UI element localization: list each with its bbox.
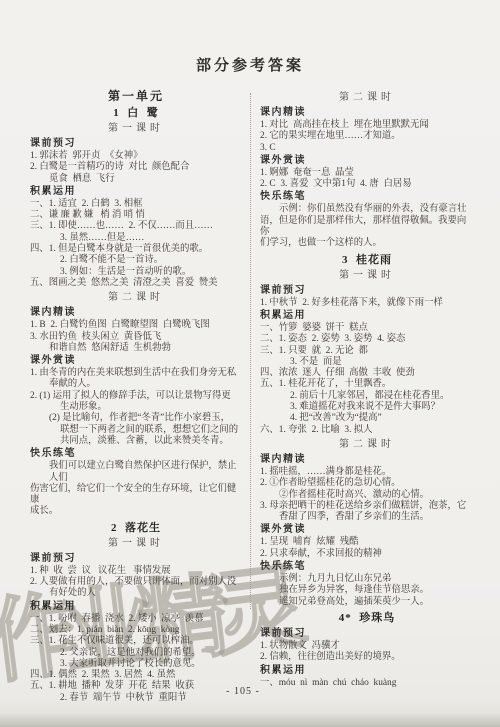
answer-line: 2. (1) 运用了拟人的修辞手法，可以让景物写得更 [30,391,242,402]
answer-line: 示例：你们虽然没有华丽的外表，没有豪言壮 [260,204,474,215]
answer-line: ②作者摇桂花时高兴、激动的心情。 [260,490,474,501]
section-header: 课外赏读 [260,524,474,536]
session-heading: 第二课时 [260,439,474,451]
answer-line: 三、1. 只要 就 2. 无论 都 [260,346,474,357]
answer-line: 3. 难道摇花对我来说不是件大事吗？ [260,402,474,413]
answer-line: 我们可以建立白鹭自然保护区进行保护，禁止人们 [30,461,242,484]
section-header: 课外赏读 [260,155,474,167]
answer-line: 二、划去：1. pián biàn 2. kōng kòng [30,625,242,636]
answer-line: 一、竹箩 婆婆 饼干 糕点 [260,323,474,334]
answer-line: 觅食 栖息 飞行 [30,174,242,185]
answer-line: 2. C 3. 喜爱 文中第1句 4. 唐 白居易 [260,179,474,190]
answer-line: 1. B 2. 白鹭钓鱼图 白鹭瞭望图 白鹭晚飞图 [30,320,242,331]
answer-line: 共同点，淡雅、含蓄，以此来赞美冬青。 [30,436,242,447]
left-column: 第一单元1 白 鹭第一课时课前预习1. 郭沫若 郭开贞 《女神》2. 白鹭是一首… [30,89,242,704]
answer-line: 1. 摇哇摇，……满身都是桂花。 [260,467,474,478]
answer-line: 3. 例如：生活是一首动听的歌。 [30,267,242,278]
right-column: 第二课时课内精读1. 对比 高高挂在枝上 埋在地里默默无闻2. 它的果实埋在地里… [260,89,474,689]
answer-line: 联想一下两者之间的联系，想想它们之间的 [30,425,242,436]
answer-line: 1. 状物散文 冯骥才 [260,641,474,652]
answer-line: 4. 把“改善”改为“提高” [260,413,474,424]
answer-line: 2. 只求奉献，不求回报的精神 [260,549,474,560]
section-header: 课前预习 [30,138,242,150]
answer-line: 1. 婀娜 奄奄一息 晶莹 [260,168,474,179]
answer-line: 伤害它们，给它们一个安全的生存环境，让它们健康 [30,484,242,507]
session-heading: 第一课时 [30,538,242,550]
lesson-title: 3 桂花雨 [260,254,474,267]
answer-line: 1. 种 收 尝 议 议花生 事情发展 [30,566,242,577]
answer-line: 二、1. 姿态 2. 姿势 3. 姿势 4. 姿态 [260,334,474,345]
answer-line: 三、1. 花生不仅味道很美，还可以榨油。 [30,636,242,647]
session-heading: 第一课时 [30,123,242,135]
answer-line: 1. 郭沫若 郭开贞 《女神》 [30,151,242,162]
answer-line: 2. 白鹭是一首精巧的诗 对比 颜色配合 [30,162,242,173]
section-header: 课前预习 [260,628,474,640]
answer-line: 遥知兄弟登高处，遍插茱萸少一人。 [260,597,474,608]
section-header: 课前预习 [30,553,242,565]
answer-line: 3. 大家听取并讨论了校长的意见。 [30,659,242,670]
answer-line: 六、1. 夸张 2. 比喻 3. 拟人 [260,425,474,436]
answer-line: 四、1. 偶然 2. 果然 3. 居然 4. 虽然 [30,670,242,681]
answer-line: 和谐自然 悠闲舒适 生机勃勃 [30,343,242,354]
answer-line: 1. 由冬青的内在美来联想到生活中在我们身旁无私 [30,368,242,379]
answer-line: 2. 它的果实埋在地里……才知道。 [260,131,474,142]
section-header: 积累运用 [260,310,474,322]
answer-line: 香甜了四季，香甜了乡亲们的生活。 [260,512,474,523]
scan-bottom-edge [0,713,500,727]
answer-line: 三、1. 即使……也…… 2. 不仅……而且…… [30,221,242,232]
session-heading: 第二课时 [260,92,474,104]
session-heading: 第一课时 [260,270,474,282]
unit-heading: 第一单元 [30,89,242,103]
answer-line: 2. 信赖，往往创造出美好的境界。 [260,652,474,663]
answer-line: 四、1. 但是白鹭本身就是一首很优美的歌。 [30,244,242,255]
answer-line: 独在异乡为异客，每逢佳节倍思亲。 [260,585,474,596]
answer-line: 1. 呈现 哺育 炫耀 残酷 [260,537,474,548]
answer-line: 3. 母亲把晒干的桂花送给乡亲们做糕饼，泡茶，它 [260,501,474,512]
answer-line: 有好处的人 [30,588,242,599]
section-header: 课内精读 [30,307,242,319]
lesson-title: 4* 珍珠鸟 [260,612,474,625]
section-header: 课内精读 [260,107,474,119]
lesson-title: 1 白 鹭 [30,107,242,120]
answer-line: 2. 白鹭不能不是一首诗。 [30,255,242,266]
section-header: 积累运用 [260,665,474,677]
answer-line: 四、浓浓 迷人 仔细 高傲 丰收 使劲 [260,368,474,379]
answer-line: 们学习，也做一个这样的人。 [260,238,474,249]
section-header: 课外赏读 [30,355,242,367]
answer-line: 3. 不是 而是 [260,357,474,368]
answer-line: 1. 中秋节 2. 好多桂花落下来，就像下雨一样 [260,298,474,309]
answer-line: 语，但是你们是那样伟大，那样值得敬佩。我要向你 [260,216,474,239]
answer-line: 3. 水田钓鱼 枝头闲立 黄昏低飞 [30,332,242,343]
section-header: 快乐练笔 [260,191,474,203]
answer-line: 成长。 [30,506,242,517]
lesson-title: 2 落花生 [30,522,242,535]
answer-line: 2. 父亲说，这是他对我们的希望。 [30,648,242,659]
answer-line: 示例：九月九日忆山东兄弟 [260,574,474,585]
answer-columns: 第一单元1 白 鹭第一课时课前预习1. 郭沫若 郭开贞 《女神》2. 白鹭是一首… [30,89,480,704]
page-number: - 105 - [0,686,486,697]
answer-line: 3. C [260,143,474,154]
scanned-answer-page: 作业精灵 部分参考答案 第一单元1 白 鹭第一课时课前预习1. 郭沫若 郭开贞 … [0,0,500,727]
answer-line: 奉献的人。 [30,379,242,390]
answer-line: 3. 虽然……但是…… [30,233,242,244]
answer-line: 一、1. 吩咐 春播 浇水 2. 矮小 凉亭 羡慕 [30,614,242,625]
session-heading: 第二课时 [30,292,242,304]
answer-line: 生动形象。 [30,402,242,413]
answer-line: 2. 人要做有用的人，不要做只讲体面，而对别人没 [30,577,242,588]
answer-line: 五、1. 桂花开花了，十里飘香。 [260,379,474,390]
answer-line: 2. ①作者盼望摇桂花的急切心情。 [260,478,474,489]
section-header: 积累运用 [30,601,242,613]
section-header: 积累运用 [30,186,242,198]
section-header: 快乐练笔 [30,448,242,460]
section-header: 快乐练笔 [260,561,474,573]
answer-line: 五、图画之美 悠然之美 清澄之美 喜爱 赞美 [30,278,242,289]
section-header: 课前预习 [260,285,474,297]
section-header: 课内精读 [260,454,474,466]
column-divider [250,93,251,609]
answer-line: (2) 是比喻句，作者把“冬青”比作小家碧玉， [30,413,242,424]
answer-line: 一、1. 适宜 2. 白鹤 3. 相框 [30,199,242,210]
answer-line: 1. 对比 高高挂在枝上 埋在地里默默无闻 [260,120,474,131]
page-title: 部分参考答案 [0,0,500,75]
answer-line: 二、谦 廉 歉 嫌 梢 消 哨 悄 [30,210,242,221]
answer-line: 2. 前后十几家邻居，都浸在桂花香里。 [260,391,474,402]
